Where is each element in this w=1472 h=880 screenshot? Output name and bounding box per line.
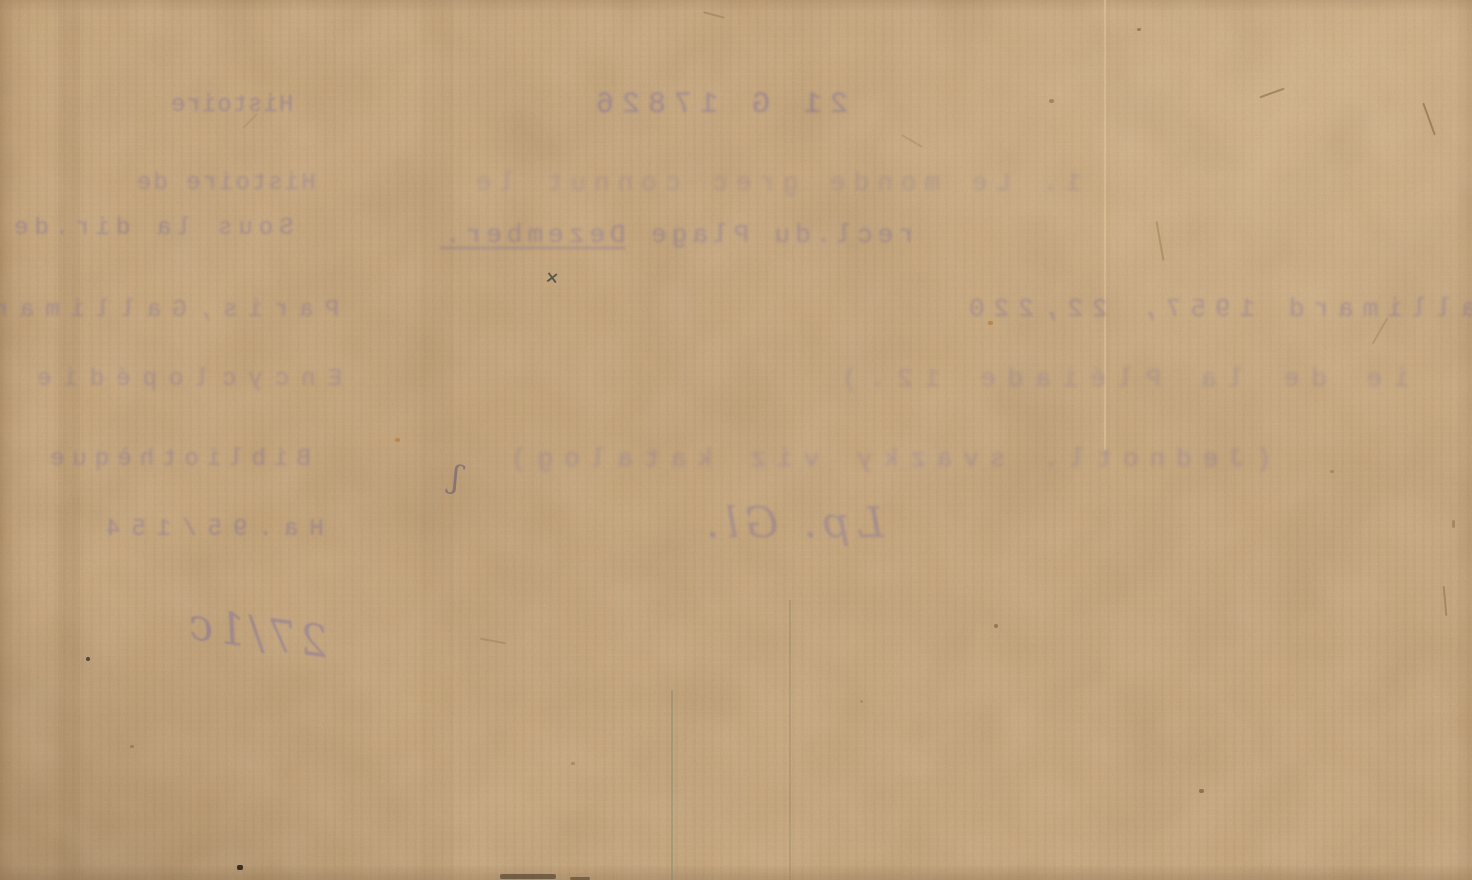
shelf-mark-handwritten: 27/1c (182, 598, 331, 668)
side-bleed-line: Sous la dir.de (8, 215, 294, 242)
paper-speck (237, 865, 243, 870)
bleed-line-with-underline: recl.du Plage Dezember. (440, 220, 914, 250)
side-bleed-shelfmark: Ha.95/154 (95, 516, 324, 543)
catalog-card-scan: 21 G 17826 1. Le monde grec connut le re… (0, 0, 1472, 880)
paper-speck (1259, 88, 1284, 99)
paper-speck (395, 438, 400, 442)
paper-mottle-light (0, 0, 1472, 880)
paper-speck (242, 113, 258, 129)
side-bleed-line: Encyclopédie (25, 366, 342, 393)
bleed-line: 1. Le monde grec connut le (468, 168, 1082, 198)
paper-speck (500, 874, 556, 879)
vertical-crease (1104, 0, 1106, 450)
fiber-line-green (671, 690, 673, 880)
paper-speck (1156, 221, 1165, 261)
paper-grain-fine (0, 0, 1472, 880)
paper-speck (1452, 520, 1455, 528)
ink-squiggle: ʃ (448, 458, 466, 497)
vertical-crease (58, 0, 80, 880)
paper-speck (988, 321, 993, 325)
call-number: 21 G 17826 (588, 88, 848, 122)
vertical-band (420, 0, 454, 880)
paper-speck (86, 657, 90, 661)
handwritten-note: Lp. Gl. (700, 498, 884, 547)
x-mark: × (544, 267, 561, 289)
paper-speck (994, 624, 998, 628)
paper-speck (703, 11, 725, 19)
side-bleed-subject: Histoire (170, 92, 293, 119)
paper-speck (1372, 318, 1389, 345)
paper-speck (1443, 586, 1448, 616)
bleed-line-imprint: Gallimard 1957, 22,220 (960, 294, 1472, 324)
fiber-line (789, 600, 791, 880)
paper-speck (1137, 28, 1141, 31)
paper-mottle (0, 0, 1472, 880)
paper-speck (1422, 103, 1436, 136)
side-bleed-line: Paris,Gallimard (0, 297, 339, 324)
paper-speck (130, 745, 134, 748)
paper-speck (571, 762, 575, 765)
paper-speck (860, 700, 863, 703)
paper-speck (1330, 470, 1334, 473)
paper-speck (480, 638, 506, 644)
underlined-title-word: Dezember. (440, 220, 625, 250)
paper-speck (901, 134, 923, 148)
paper-speck (1199, 789, 1204, 793)
side-bleed-line: Bibliothèque (42, 446, 311, 473)
bleed-line-note: (Jednotl. svazky viz katalog) (500, 444, 1271, 474)
bleed-line-series: ie de la Pléiade 12.) (830, 364, 1410, 394)
side-bleed-line: Histoire de (135, 170, 315, 197)
bleed-line-prefix: recl.du Plage (625, 220, 913, 250)
paper-speck (1049, 99, 1054, 103)
bleed-text-layer: 21 G 17826 1. Le monde grec connut le re… (0, 0, 1472, 880)
